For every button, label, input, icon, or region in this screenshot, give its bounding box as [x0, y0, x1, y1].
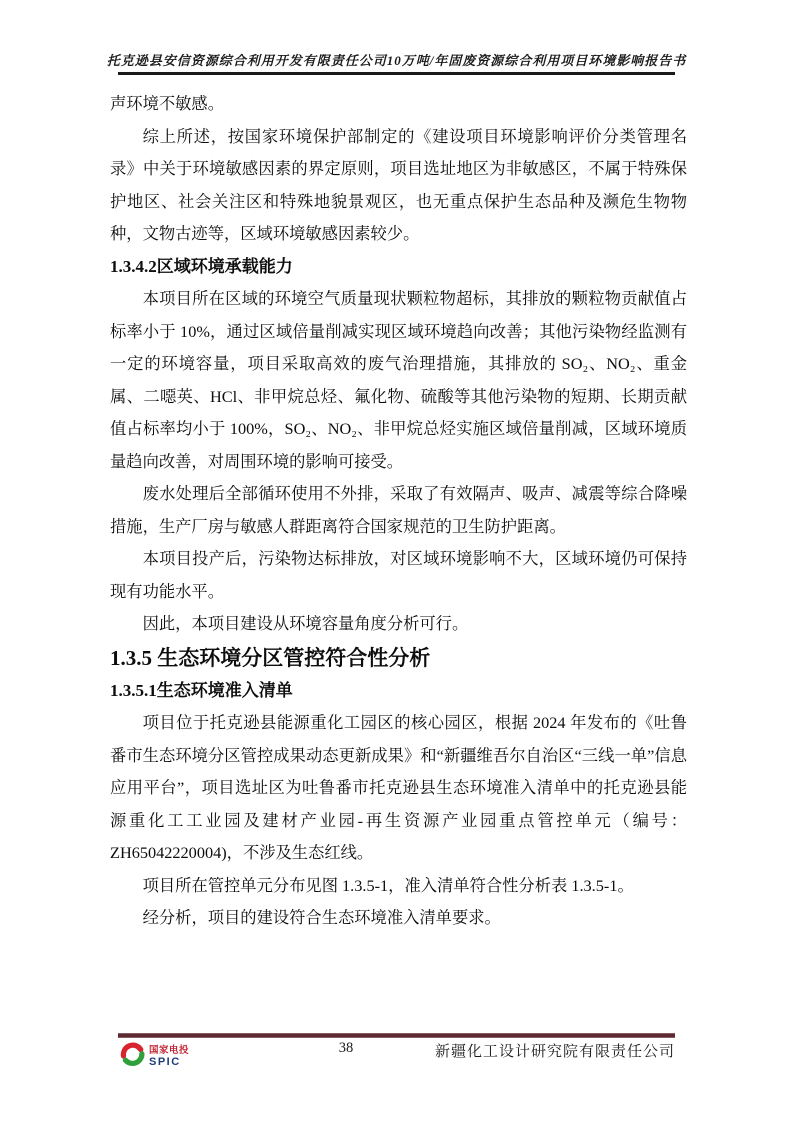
paragraph: 本项目投产后，污染物达标排放，对区域环境影响不大，区域环境仍可保持现有功能水平。 [110, 543, 687, 608]
spic-logo-cn-label: 国家电投 [149, 1046, 189, 1056]
paragraph: 综上所述，按国家环境保护部制定的《建设项目环境影响评价分类管理名录》中关于环境敏… [110, 121, 687, 251]
section-heading-1-3-4-2: 1.3.4.2区域环境承载能力 [110, 251, 687, 284]
paragraph: 本项目所在区域的环境空气质量现状颗粒物超标，其排放的颗粒物贡献值占标率小于 10… [110, 283, 687, 478]
footer-rule [118, 1033, 675, 1038]
document-body: 声环境不敏感。 综上所述，按国家环境保护部制定的《建设项目环境影响评价分类管理名… [110, 88, 687, 935]
page-number: 38 [296, 1040, 396, 1057]
section-heading-1-3-5-1: 1.3.5.1生态环境准入清单 [110, 675, 687, 708]
section-heading-1-3-5: 1.3.5 生态环境分区管控符合性分析 [110, 641, 687, 675]
paragraph: 因此，本项目建设从环境容量角度分析可行。 [110, 608, 687, 641]
paragraph: 废水处理后全部循环使用不外排，采取了有效隔声、吸声、减震等综合降噪措施，生产厂房… [110, 478, 687, 543]
spic-logo-text: 国家电投 SPIC [149, 1046, 189, 1068]
paragraph: 经分析，项目的建设符合生态环境准入清单要求。 [110, 902, 687, 935]
paragraph: 项目位于托克逊县能源重化工园区的核心园区，根据 2024 年发布的《吐鲁番市生态… [110, 707, 687, 870]
footer-company: 新疆化工设计研究院有限责任公司 [435, 1040, 675, 1061]
spic-logo-en-label: SPIC [149, 1057, 189, 1068]
paragraph: 项目所在管控单元分布见图 1.3.5-1，准入清单符合性分析表 1.3.5-1。 [110, 870, 687, 903]
spic-logo-icon [119, 1041, 146, 1073]
document-page: 托克逊县安信资源综合利用开发有限责任公司10万吨/年固废资源综合利用项目环境影响… [0, 0, 793, 1122]
spic-logo: 国家电投 SPIC [119, 1041, 189, 1073]
header-title: 托克逊县安信资源综合利用开发有限责任公司10万吨/年固废资源综合利用项目环境影响… [60, 50, 733, 69]
paragraph: 声环境不敏感。 [110, 88, 687, 121]
header-rule [118, 72, 675, 75]
